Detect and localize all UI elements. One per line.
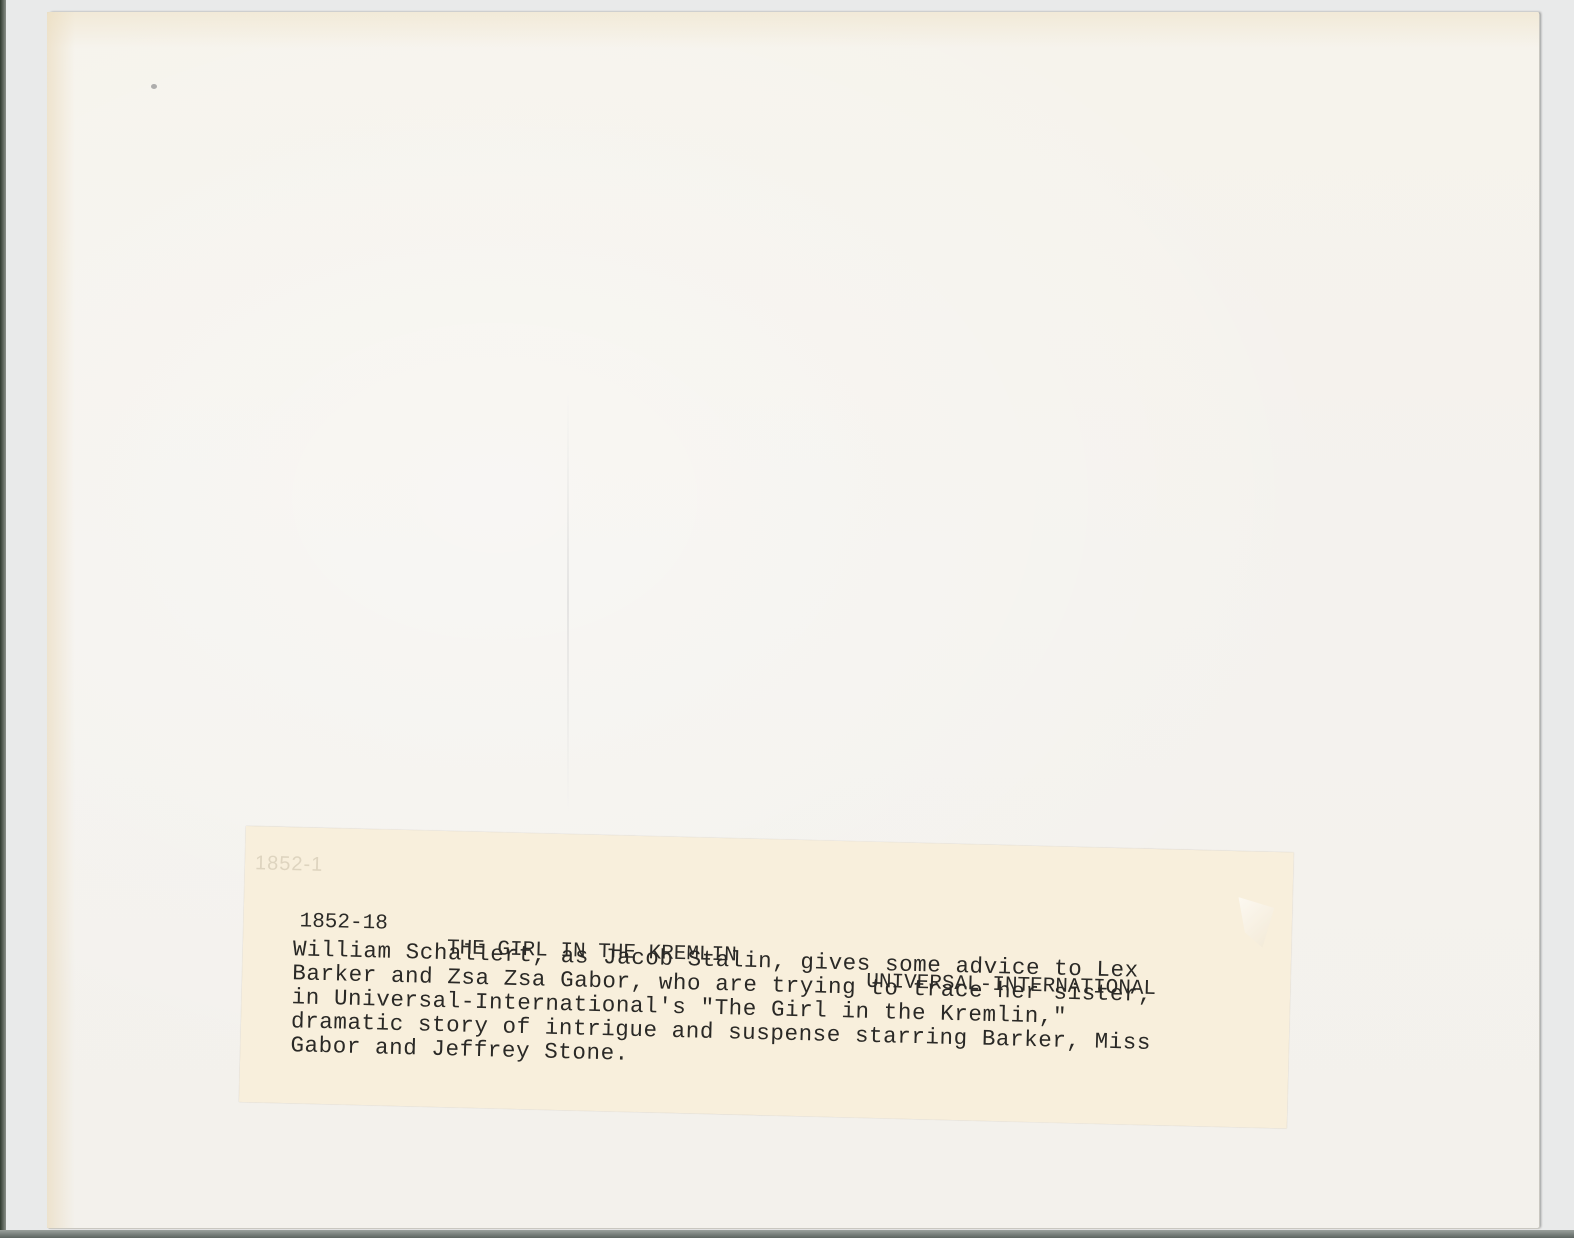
- pencil-note: 1852-1: [255, 852, 324, 877]
- paper-crease: [567, 392, 569, 812]
- photo-code: 1852-18: [299, 910, 388, 935]
- scanner-edge-bottom: [0, 1230, 1574, 1238]
- caption-text: William Schallert, as Jacob Stalin, give…: [290, 937, 1213, 1080]
- paper-blemish: [151, 84, 157, 89]
- caption-snipe: 1852-1 1852-18 THE GIRL IN THE KREMLIN U…: [239, 826, 1294, 1128]
- scanner-edge-left: [0, 0, 6, 1238]
